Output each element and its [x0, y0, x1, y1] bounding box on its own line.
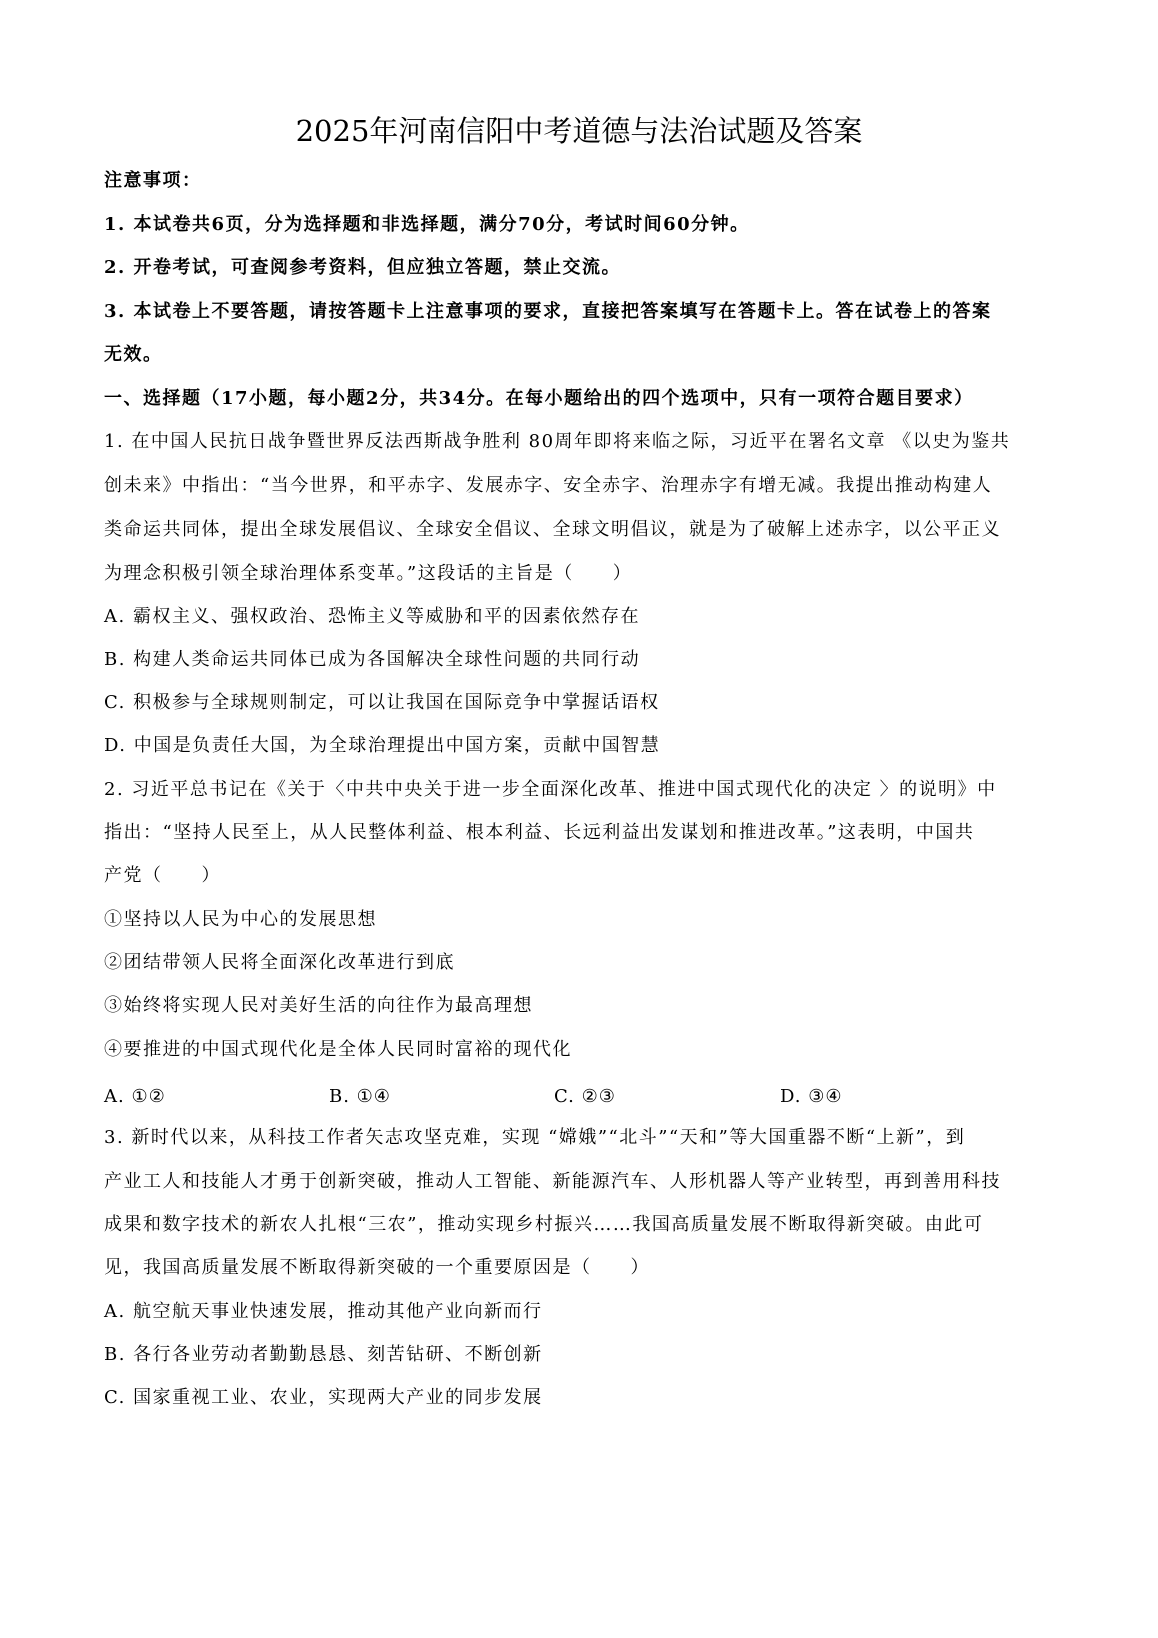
- question-1-option-b: B. 构建人类命运共同体已成为各国解决全球性问题的共同行动: [104, 647, 1044, 673]
- question-3-option-a: A. 航空航天事业快速发展，推动其他产业向新而行: [104, 1299, 1044, 1325]
- page-title: 2025年河南信阳中考道德与法治试题及答案: [0, 113, 1158, 149]
- question-3-option-b: B. 各行各业劳动者勤勤恳恳、刻苦钻研、不断创新: [104, 1342, 1044, 1368]
- question-2-option-a: A. ①②: [104, 1084, 166, 1110]
- question-2-stem-line: 指出：“坚持人民至上，从人民整体利益、根本利益、长远利益出发谋划和推进改革。”这…: [104, 820, 1044, 846]
- question-1-stem-line: 创未来》中指出：“当今世界，和平赤字、发展赤字、安全赤字、治理赤字有增无减。我提…: [104, 473, 1044, 499]
- question-1-stem-line: 1. 在中国人民抗日战争暨世界反法西斯战争胜利 80周年即将来临之际，习近平在署…: [104, 429, 1044, 455]
- question-2-stem-line: 2. 习近平总书记在《关于〈中共中央关于进一步全面深化改革、推进中国式现代化的决…: [104, 777, 1044, 803]
- question-2-statement-3: ③始终将实现人民对美好生活的向往作为最高理想: [104, 993, 1044, 1019]
- question-2-option-c: C. ②③: [554, 1084, 616, 1110]
- question-3-stem-line: 成果和数字技术的新农人扎根“三农”，推动实现乡村振兴……我国高质量发展不断取得新…: [104, 1212, 1044, 1238]
- notice-heading: 注意事项：: [104, 168, 1044, 194]
- question-2-statement-1: ①坚持以人民为中心的发展思想: [104, 907, 1044, 933]
- notice-item-1: 1. 本试卷共6页，分为选择题和非选择题，满分70分，考试时间60分钟。: [104, 212, 1044, 238]
- question-1-stem-line: 为理念积极引领全球治理体系变革。”这段话的主旨是（ ）: [104, 561, 1044, 587]
- question-3-stem-line: 见，我国高质量发展不断取得新突破的一个重要原因是（ ）: [104, 1255, 1044, 1281]
- question-3-option-c: C. 国家重视工业、农业，实现两大产业的同步发展: [104, 1385, 1044, 1411]
- question-3-stem-line: 3. 新时代以来，从科技工作者矢志攻坚克难，实现 “嫦娥”“北斗”“天和”等大国…: [104, 1125, 1044, 1151]
- question-2-statement-4: ④要推进的中国式现代化是全体人民同时富裕的现代化: [104, 1037, 1044, 1063]
- exam-page: 2025年河南信阳中考道德与法治试题及答案 注意事项： 1. 本试卷共6页，分为…: [0, 0, 1158, 1638]
- question-1-option-d: D. 中国是负责任大国，为全球治理提出中国方案，贡献中国智慧: [104, 733, 1044, 759]
- notice-item-3: 3. 本试卷上不要答题，请按答题卡上注意事项的要求，直接把答案填写在答题卡上。答…: [104, 299, 1044, 325]
- question-3-stem-line: 产业工人和技能人才勇于创新突破，推动人工智能、新能源汽车、人形机器人等产业转型，…: [104, 1169, 1044, 1195]
- section-heading: 一、选择题（17小题，每小题2分，共34分。在每小题给出的四个选项中，只有一项符…: [104, 386, 1044, 412]
- question-1-stem-line: 类命运共同体，提出全球发展倡议、全球安全倡议、全球文明倡议，就是为了破解上述赤字…: [104, 517, 1044, 543]
- question-1-option-c: C. 积极参与全球规则制定，可以让我国在国际竞争中掌握话语权: [104, 690, 1044, 716]
- question-2-option-d: D. ③④: [780, 1084, 843, 1110]
- question-2-statement-2: ②团结带领人民将全面深化改革进行到底: [104, 950, 1044, 976]
- question-1-option-a: A. 霸权主义、强权政治、恐怖主义等威胁和平的因素依然存在: [104, 604, 1044, 630]
- notice-item-3-cont: 无效。: [104, 342, 1044, 368]
- question-2-stem-line: 产党（ ）: [104, 863, 1044, 889]
- notice-item-2: 2. 开卷考试，可查阅参考资料，但应独立答题，禁止交流。: [104, 255, 1044, 281]
- question-2-option-b: B. ①④: [329, 1084, 391, 1110]
